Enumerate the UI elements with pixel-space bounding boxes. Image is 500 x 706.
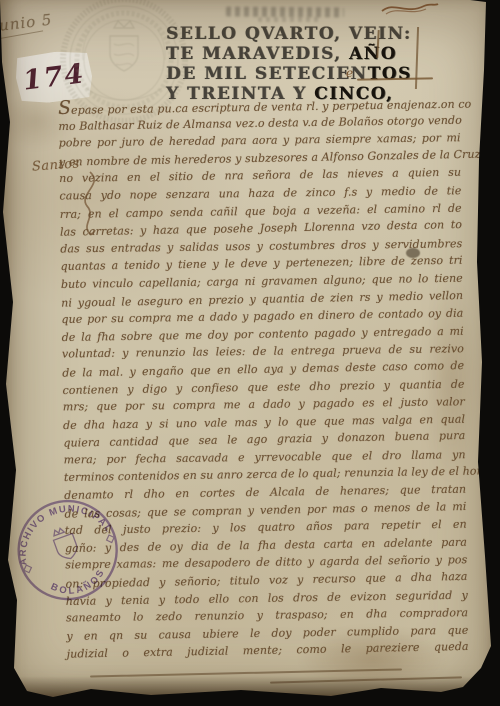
printed-tax-seal-text: SELLO QVARTO, VEIN:TE MARAVEDIS, AÑODE M…: [166, 24, 428, 104]
paper-edge-shadow: [0, 676, 500, 702]
ink-scribble: [380, 0, 440, 18]
scanned-document: Junio 5 174 SELLO QVARTO, VEIN:TE MARAVE…: [0, 0, 500, 706]
tax-seal-line: DE MIL SETECIENTOS: [166, 64, 428, 84]
tax-seal-line: TE MARAVEDIS, AÑO: [166, 44, 428, 64]
scribe-mark: e: [346, 66, 353, 80]
offset-print-smudge: [258, 17, 322, 22]
tax-seal-line: SELLO QVARTO, VEIN:: [166, 24, 428, 44]
manuscript-page: Junio 5 174 SELLO QVARTO, VEIN:TE MARAVE…: [0, 0, 500, 706]
offset-print-smudge: [226, 6, 344, 17]
margin-date-note: Junio 5: [0, 10, 53, 35]
